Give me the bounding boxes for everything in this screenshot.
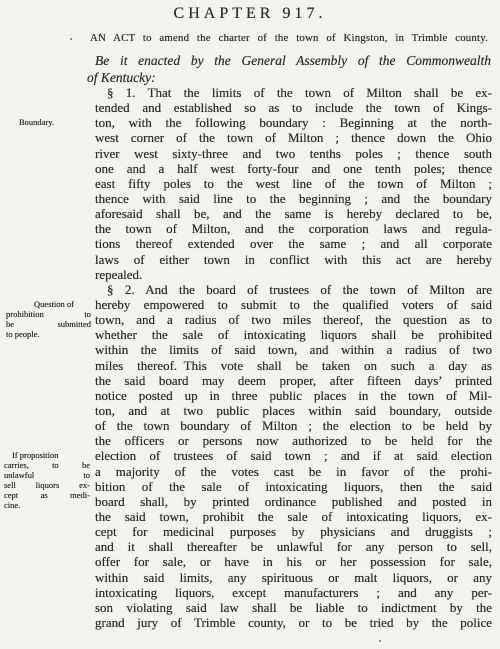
statute-text-line: § 1. That the limits of the town of Milt… xyxy=(95,85,492,100)
statute-text-line: and it shall thereafter be unlawful for … xyxy=(95,539,492,554)
margin-note-if-proposition-carries: If propositioncarries, to beunlawful tos… xyxy=(4,450,90,510)
margin-note-line: carries, to be xyxy=(4,460,90,470)
statute-text-line: son violating said law shall be liable t… xyxy=(95,600,492,615)
margin-note-line: Boundary. xyxy=(19,117,89,127)
statute-text-line: the said board may deem proper, after fi… xyxy=(95,373,492,388)
statute-body-text: § 1. That the limits of the town of Milt… xyxy=(95,85,492,630)
statute-text-line: board shall, by printed ordinance publis… xyxy=(95,494,492,509)
margin-note-line: to people. xyxy=(6,329,91,339)
margin-note-line: unlawful to xyxy=(4,470,90,480)
statute-text-line: hereby empowered to submit to the qualif… xyxy=(95,297,492,312)
statute-text-line: within the limits of said town, and with… xyxy=(95,342,492,357)
statute-text-line: intoxicating liquors, except manufacture… xyxy=(95,585,492,600)
statute-text-line: ton, and at two public places within sai… xyxy=(95,403,492,418)
statute-text-line: bition of the sale of intoxicating liquo… xyxy=(95,479,492,494)
statute-text-line: town, and a radius of two miles thereof,… xyxy=(95,312,492,327)
statute-text-line: offer for sale, or have in his or her po… xyxy=(95,554,492,569)
statute-text-line: the officers or persons now authorized t… xyxy=(95,433,492,448)
statute-text-line: election of trustees of said town ; and … xyxy=(95,448,492,463)
statute-text-line: notice posted up in three public places … xyxy=(95,388,492,403)
statute-text-line: thence with said line to the beginning ;… xyxy=(95,191,492,206)
margin-note-line: prohibition to xyxy=(6,309,91,319)
statute-text-line: one and a half west forty-four and one t… xyxy=(95,161,492,176)
scan-speck xyxy=(379,640,381,642)
margin-note-line: cept as medi- xyxy=(4,490,90,500)
statute-text-line: tended and established so as to include … xyxy=(95,100,492,115)
margin-note-line: If proposition xyxy=(4,450,90,460)
margin-note-line: be submitted xyxy=(6,319,91,329)
statute-text-line: ton, with the following boundary : Begin… xyxy=(95,115,492,130)
chapter-heading: CHAPTER 917. xyxy=(0,5,500,23)
margin-note-line: sell liquors ex- xyxy=(4,480,90,490)
statute-text-line: west corner of the town of Milton ; then… xyxy=(95,130,492,145)
statute-text-line: within said limits, any spirituous or ma… xyxy=(95,570,492,585)
statute-text-line: § 2. And the board of trustees of the to… xyxy=(95,282,492,297)
statute-text-line: of the town boundary of Milton ; the ele… xyxy=(95,418,492,433)
statute-text-line: grand jury of Trimble county, or to be t… xyxy=(95,615,492,630)
margin-note-question-of-prohibition: Question ofprohibition tobe submittedto … xyxy=(6,299,91,339)
statute-text-line: miles thereof. This vote shall be taken … xyxy=(95,358,492,373)
statute-text-line: repealed. xyxy=(95,267,492,282)
act-title: AN ACT to amend the charter of the town … xyxy=(90,32,488,44)
statute-text-line: a majority of the votes cast be in favor… xyxy=(95,464,492,479)
enacting-clause-line: of Kentucky: xyxy=(87,70,491,87)
margin-note-line: cine. xyxy=(4,500,90,510)
statute-text-line: river west sixty-three and two tenths po… xyxy=(95,146,492,161)
margin-note-boundary: Boundary. xyxy=(19,117,89,127)
statute-text-line: the town of Milton, and the corporation … xyxy=(95,221,492,236)
margin-note-line: Question of xyxy=(6,299,91,309)
statute-text-line: aforesaid shall be, and the same is here… xyxy=(95,206,492,221)
statute-text-line: cept for medicinal purposes by physician… xyxy=(95,524,492,539)
scan-speck xyxy=(70,38,72,40)
statute-text-line: laws of either town in conflict with thi… xyxy=(95,252,492,267)
statute-text-line: whether the sale of intoxicating liquors… xyxy=(95,327,492,342)
statute-text-line: east fifty poles to the west line of the… xyxy=(95,176,492,191)
statute-text-line: the said town, prohibit the sale of into… xyxy=(95,509,492,524)
enacting-clause: Be it enacted by the General Assembly of… xyxy=(87,53,491,86)
statute-text-line: tions thereof extended over the same ; a… xyxy=(95,236,492,251)
scanned-statute-page: CHAPTER 917. AN ACT to amend the charter… xyxy=(0,0,500,649)
enacting-clause-line: Be it enacted by the General Assembly of… xyxy=(87,53,491,70)
